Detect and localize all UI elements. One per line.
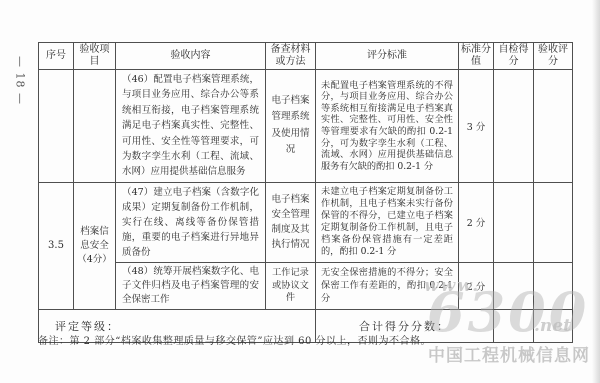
table-row-item-46: （46）配置电子档案管理系统，与项目业务应用、综合办公等系统相互衔接，电子档案管… bbox=[39, 70, 573, 183]
cell-self-score-47 bbox=[494, 182, 534, 262]
scanned-document-page: { "page": { "page_number": "— 18 —", "fo… bbox=[0, 0, 600, 383]
header-standard-score: 标准分值 bbox=[459, 43, 494, 70]
cell-project-archive-info-security: 档案信息安全（4分） bbox=[74, 182, 116, 309]
header-acceptance-score: 验收评分 bbox=[534, 43, 573, 70]
cell-method-47: 电子档案安全管理制度及其执行情况 bbox=[266, 182, 316, 262]
cell-self-score-48 bbox=[494, 262, 534, 309]
header-content: 验收内容 bbox=[116, 43, 266, 70]
header-project: 验收项目 bbox=[74, 43, 116, 70]
cell-self-score-46 bbox=[494, 70, 534, 183]
cell-content-46: （46）配置电子档案管理系统，与项目业务应用、综合办公等系统相互衔接，电子档案管… bbox=[116, 70, 266, 183]
cell-acceptance-score-48 bbox=[534, 262, 573, 309]
header-criteria: 评分标准 bbox=[316, 43, 459, 70]
page-number: — 18 — bbox=[14, 49, 27, 113]
header-seq: 序号 bbox=[39, 43, 74, 70]
header-method: 备查材料或方法 bbox=[266, 43, 316, 70]
header-self-score: 自检得分 bbox=[494, 43, 534, 70]
cell-content-47: （47）建立电子档案（含数字化成果）定期复制备份工作机制，实行在线、离线等备份保… bbox=[116, 182, 266, 262]
cell-acceptance-score-47 bbox=[534, 182, 573, 262]
cell-content-48: （48）统筹开展档案数字化、电子文件归档及电子档案管理的安全保密工作 bbox=[116, 262, 266, 309]
table-row-item-47: 3.5 档案信息安全（4分） （47）建立电子档案（含数字化成果）定期复制备份工… bbox=[39, 182, 573, 262]
cell-method-46: 电子档案管理系统及使用情况 bbox=[266, 70, 316, 183]
table-header-row: 序号 验收项目 验收内容 备查材料或方法 评分标准 标准分值 自检得分 验收评分 bbox=[39, 43, 573, 70]
cell-standard-score-46: 3 分 bbox=[459, 70, 494, 183]
table-row-item-48: （48）统筹开展档案数字化、电子文件归档及电子档案管理的安全保密工作 工作记录或… bbox=[39, 262, 573, 309]
footnote-remark: 备注：第 2 部分“档案收集整理质量与移交保管”应达到 60 分以上，否则为不合… bbox=[38, 332, 568, 347]
cell-seq-3-5: 3.5 bbox=[39, 182, 74, 309]
cell-project-46 bbox=[74, 70, 116, 183]
cell-acceptance-score-46 bbox=[534, 70, 573, 183]
cell-method-48: 工作记录或协议文件 bbox=[266, 262, 316, 309]
scan-edge-shadow bbox=[592, 0, 600, 383]
cell-criteria-46: 未配置电子档案管理系统的不得分，与项目业务应用、综合办公等系统相互衔接满足电子档… bbox=[316, 70, 459, 183]
acceptance-score-table: 序号 验收项目 验收内容 备查材料或方法 评分标准 标准分值 自检得分 验收评分… bbox=[38, 42, 573, 343]
cell-criteria-47: 未建立电子档案定期复制备份工作机制，且电子档案未实行备份保管的不得分，已建立电子… bbox=[316, 182, 459, 262]
cell-seq-46 bbox=[39, 70, 74, 183]
cell-standard-score-47: 2 分 bbox=[459, 182, 494, 262]
cell-criteria-48: 无安全保密措施的不得分；安全保密工作有差距的，酌扣 0.2-1 分 bbox=[316, 262, 459, 309]
cell-standard-score-48: 2 分 bbox=[459, 262, 494, 309]
